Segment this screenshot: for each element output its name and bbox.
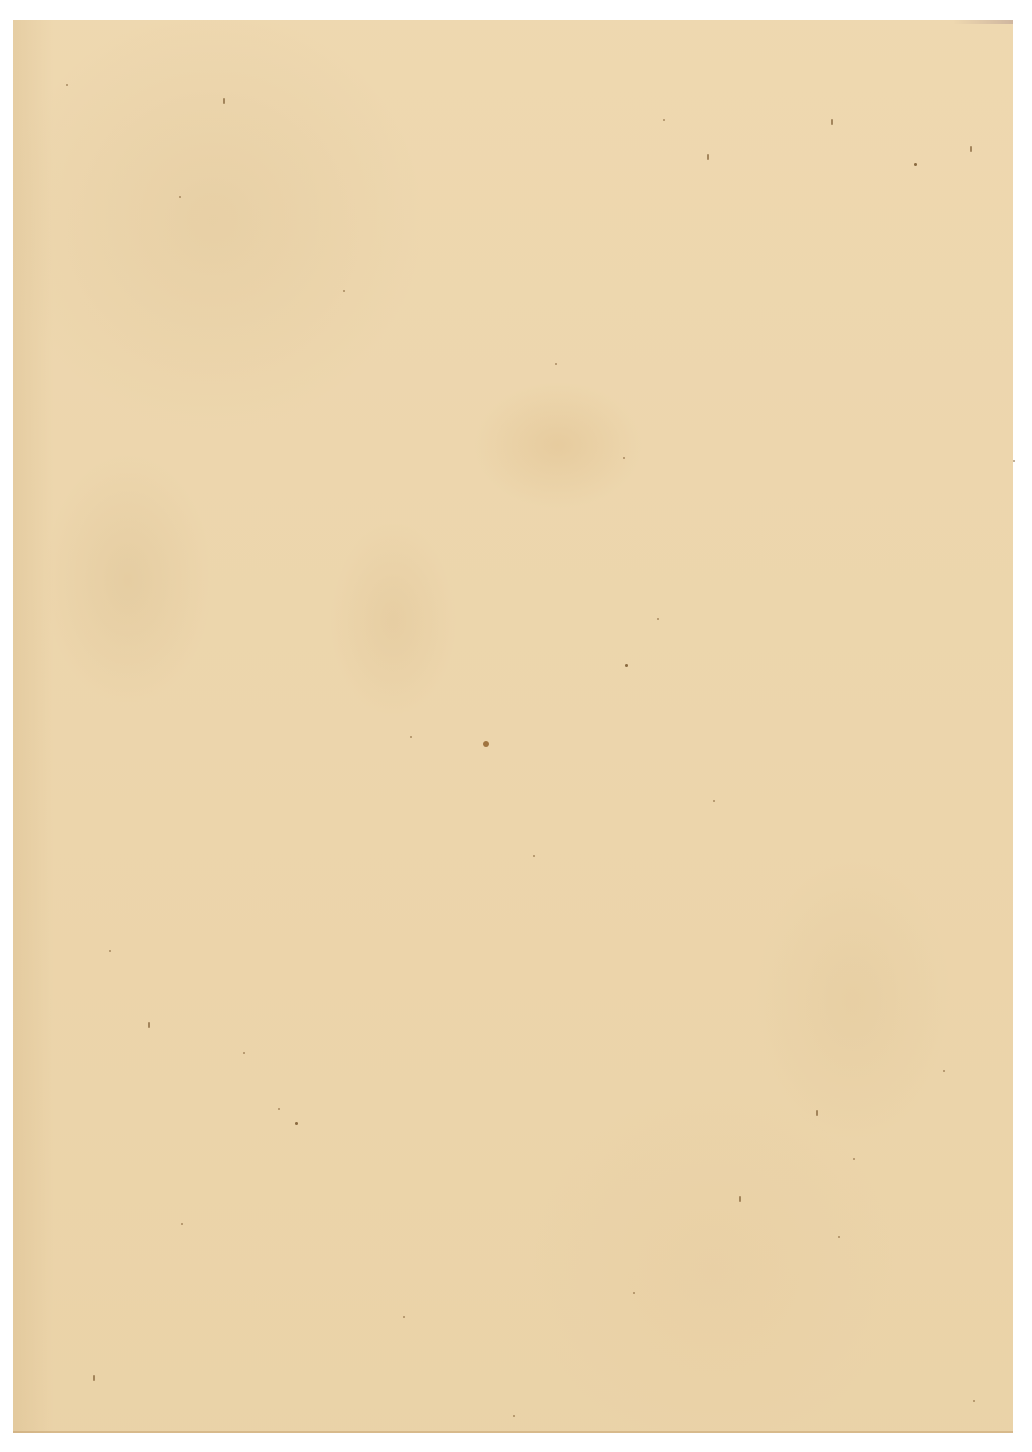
paper-speck xyxy=(663,119,665,121)
paper-speck xyxy=(739,1196,741,1202)
paper-speck xyxy=(713,800,715,802)
paper-speck xyxy=(555,363,557,365)
paper-speck xyxy=(707,154,709,160)
paper-speck xyxy=(831,119,833,125)
paper-speck xyxy=(93,1375,95,1381)
paper-speck xyxy=(343,290,345,292)
paper-speck xyxy=(513,1415,515,1417)
paper-speck xyxy=(633,1292,635,1294)
paper-speck xyxy=(1013,460,1015,462)
paper-speck xyxy=(295,1122,298,1125)
paper-speck xyxy=(914,163,917,166)
paper-speck xyxy=(943,1070,945,1072)
paper-speck xyxy=(179,196,181,198)
paper-speck xyxy=(109,950,111,952)
paper-speck xyxy=(657,618,659,620)
paper-speck xyxy=(66,84,68,86)
paper-speck xyxy=(403,1316,405,1318)
paper-speck xyxy=(243,1052,245,1054)
paper-speck xyxy=(970,146,972,152)
paper-speck xyxy=(623,457,625,459)
paper-speck xyxy=(223,98,225,104)
corner-scuff xyxy=(953,20,1013,24)
blank-paper-sheet xyxy=(13,20,1013,1433)
paper-speck xyxy=(278,1108,280,1110)
paper-speck xyxy=(973,1400,975,1402)
paper-speck xyxy=(181,1223,183,1225)
paper-speck xyxy=(816,1110,818,1116)
paper-speck xyxy=(853,1158,855,1160)
paper-speck xyxy=(410,736,412,738)
paper-speck xyxy=(533,855,535,857)
paper-speck xyxy=(838,1236,840,1238)
paper-speck xyxy=(483,741,489,747)
paper-speck xyxy=(625,664,628,667)
paper-speck xyxy=(148,1022,150,1028)
